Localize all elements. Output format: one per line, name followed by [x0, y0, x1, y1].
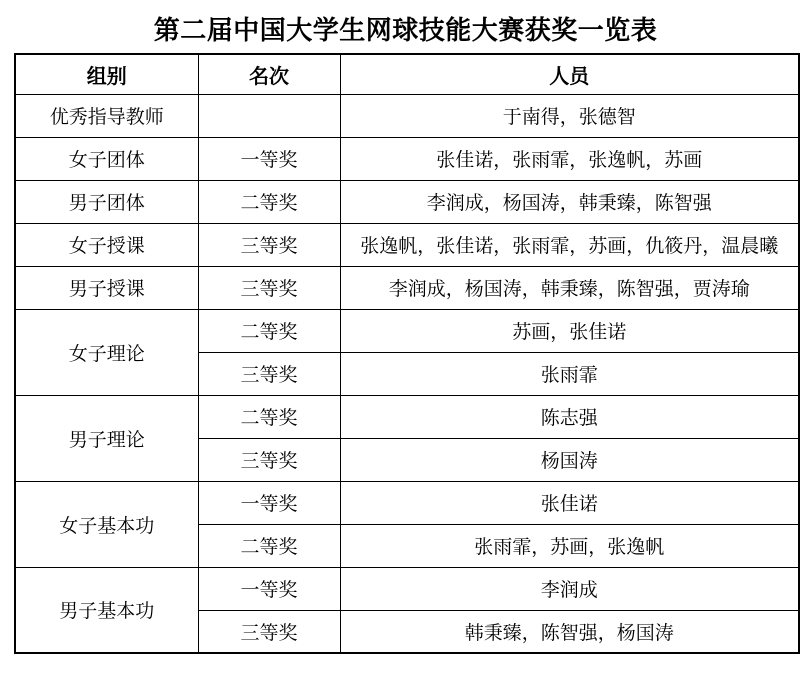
page-title: 第二届中国大学生网球技能大赛获奖一览表 — [0, 0, 811, 42]
names-cell: 陈志强 — [340, 395, 799, 438]
rank-cell: 一等奖 — [198, 481, 340, 524]
names-cell: 李润成，杨国涛，韩秉臻，陈智强，贾涛瑜 — [340, 266, 799, 309]
table-row: 女子授课三等奖张逸帆，张佳诺，张雨霏，苏画，仇筱丹，温晨曦 — [15, 223, 799, 266]
header-cell-names: 人员 — [340, 54, 799, 94]
rank-cell: 一等奖 — [198, 567, 340, 610]
names-cell: 李润成 — [340, 567, 799, 610]
group-cell: 男子授课 — [15, 266, 198, 309]
rank-cell — [198, 94, 340, 137]
rank-cell: 三等奖 — [198, 438, 340, 481]
group-cell: 女子团体 — [15, 137, 198, 180]
names-cell: 张佳诺 — [340, 481, 799, 524]
table-row: 女子基本功一等奖张佳诺 — [15, 481, 799, 524]
table-row: 男子基本功一等奖李润成 — [15, 567, 799, 610]
table-row: 女子理论二等奖苏画，张佳诺 — [15, 309, 799, 352]
names-cell: 张逸帆，张佳诺，张雨霏，苏画，仇筱丹，温晨曦 — [340, 223, 799, 266]
table-row: 优秀指导教师于南得，张德智 — [15, 94, 799, 137]
rank-cell: 三等奖 — [198, 223, 340, 266]
rank-cell: 三等奖 — [198, 352, 340, 395]
group-cell: 男子基本功 — [15, 567, 198, 653]
names-cell: 张佳诺，张雨霏，张逸帆，苏画 — [340, 137, 799, 180]
table-body: 优秀指导教师于南得，张德智女子团体一等奖张佳诺，张雨霏，张逸帆，苏画男子团体二等… — [15, 94, 799, 653]
names-cell: 杨国涛 — [340, 438, 799, 481]
rank-cell: 三等奖 — [198, 266, 340, 309]
rank-cell: 二等奖 — [198, 395, 340, 438]
table-row: 女子团体一等奖张佳诺，张雨霏，张逸帆，苏画 — [15, 137, 799, 180]
group-cell: 男子理论 — [15, 395, 198, 481]
table-row: 男子授课三等奖李润成，杨国涛，韩秉臻，陈智强，贾涛瑜 — [15, 266, 799, 309]
names-cell: 韩秉臻，陈智强，杨国涛 — [340, 610, 799, 653]
names-cell: 李润成，杨国涛，韩秉臻，陈智强 — [340, 180, 799, 223]
rank-cell: 三等奖 — [198, 610, 340, 653]
table-header-row: 组别 名次 人员 — [15, 54, 799, 94]
group-cell: 女子理论 — [15, 309, 198, 395]
table-row: 男子团体二等奖李润成，杨国涛，韩秉臻，陈智强 — [15, 180, 799, 223]
rank-cell: 二等奖 — [198, 309, 340, 352]
table-row: 男子理论二等奖陈志强 — [15, 395, 799, 438]
group-cell: 优秀指导教师 — [15, 94, 198, 137]
rank-cell: 一等奖 — [198, 137, 340, 180]
names-cell: 张雨霏 — [340, 352, 799, 395]
rank-cell: 二等奖 — [198, 180, 340, 223]
rank-cell: 二等奖 — [198, 524, 340, 567]
header-cell-group: 组别 — [15, 54, 198, 94]
header-cell-rank: 名次 — [198, 54, 340, 94]
group-cell: 男子团体 — [15, 180, 198, 223]
names-cell: 苏画，张佳诺 — [340, 309, 799, 352]
awards-table: 组别 名次 人员 优秀指导教师于南得，张德智女子团体一等奖张佳诺，张雨霏，张逸帆… — [14, 53, 800, 654]
group-cell: 女子授课 — [15, 223, 198, 266]
names-cell: 于南得，张德智 — [340, 94, 799, 137]
names-cell: 张雨霏，苏画，张逸帆 — [340, 524, 799, 567]
group-cell: 女子基本功 — [15, 481, 198, 567]
